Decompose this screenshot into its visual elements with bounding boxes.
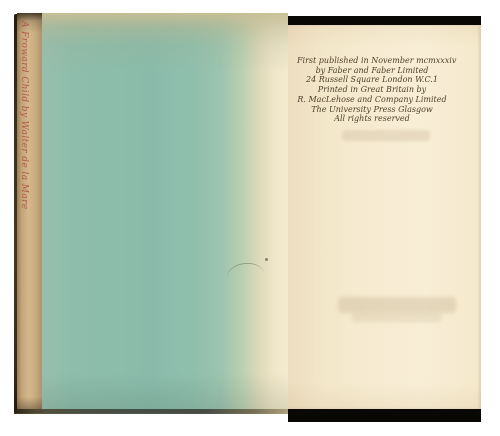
showthrough-smudge bbox=[342, 130, 430, 141]
imprint-line: by Faber and Faber Limited bbox=[297, 66, 447, 76]
imprint-line: The University Press Glasgow bbox=[297, 105, 447, 115]
page-top-shadow-bar bbox=[288, 16, 481, 25]
page-bottom-shadow-bar bbox=[288, 409, 481, 422]
imprint-line: All rights reserved bbox=[297, 114, 447, 124]
imprint-block: First published in November mcmxxxiv by … bbox=[297, 56, 447, 124]
imprint-line: 24 Russell Square London W.C.1 bbox=[297, 75, 447, 85]
imprint-line: First published in November mcmxxxiv bbox=[297, 56, 447, 66]
spine-title-text: A Froward Child by Walter de la Mare bbox=[19, 21, 29, 221]
copyright-page: First published in November mcmxxxiv by … bbox=[288, 25, 481, 409]
cover-bottom-edge bbox=[14, 409, 288, 414]
book-photo: A Froward Child by Walter de la Mare Fir… bbox=[0, 0, 500, 436]
showthrough-smudge bbox=[352, 313, 442, 322]
cover-speck bbox=[265, 258, 268, 261]
imprint-line: R. MacLehose and Company Limited bbox=[297, 95, 447, 105]
imprint-line: Printed in Great Britain by bbox=[297, 85, 447, 95]
front-cover-board bbox=[42, 13, 288, 413]
showthrough-smudge bbox=[338, 297, 456, 313]
copyright-page-section: First published in November mcmxxxiv by … bbox=[288, 15, 481, 422]
